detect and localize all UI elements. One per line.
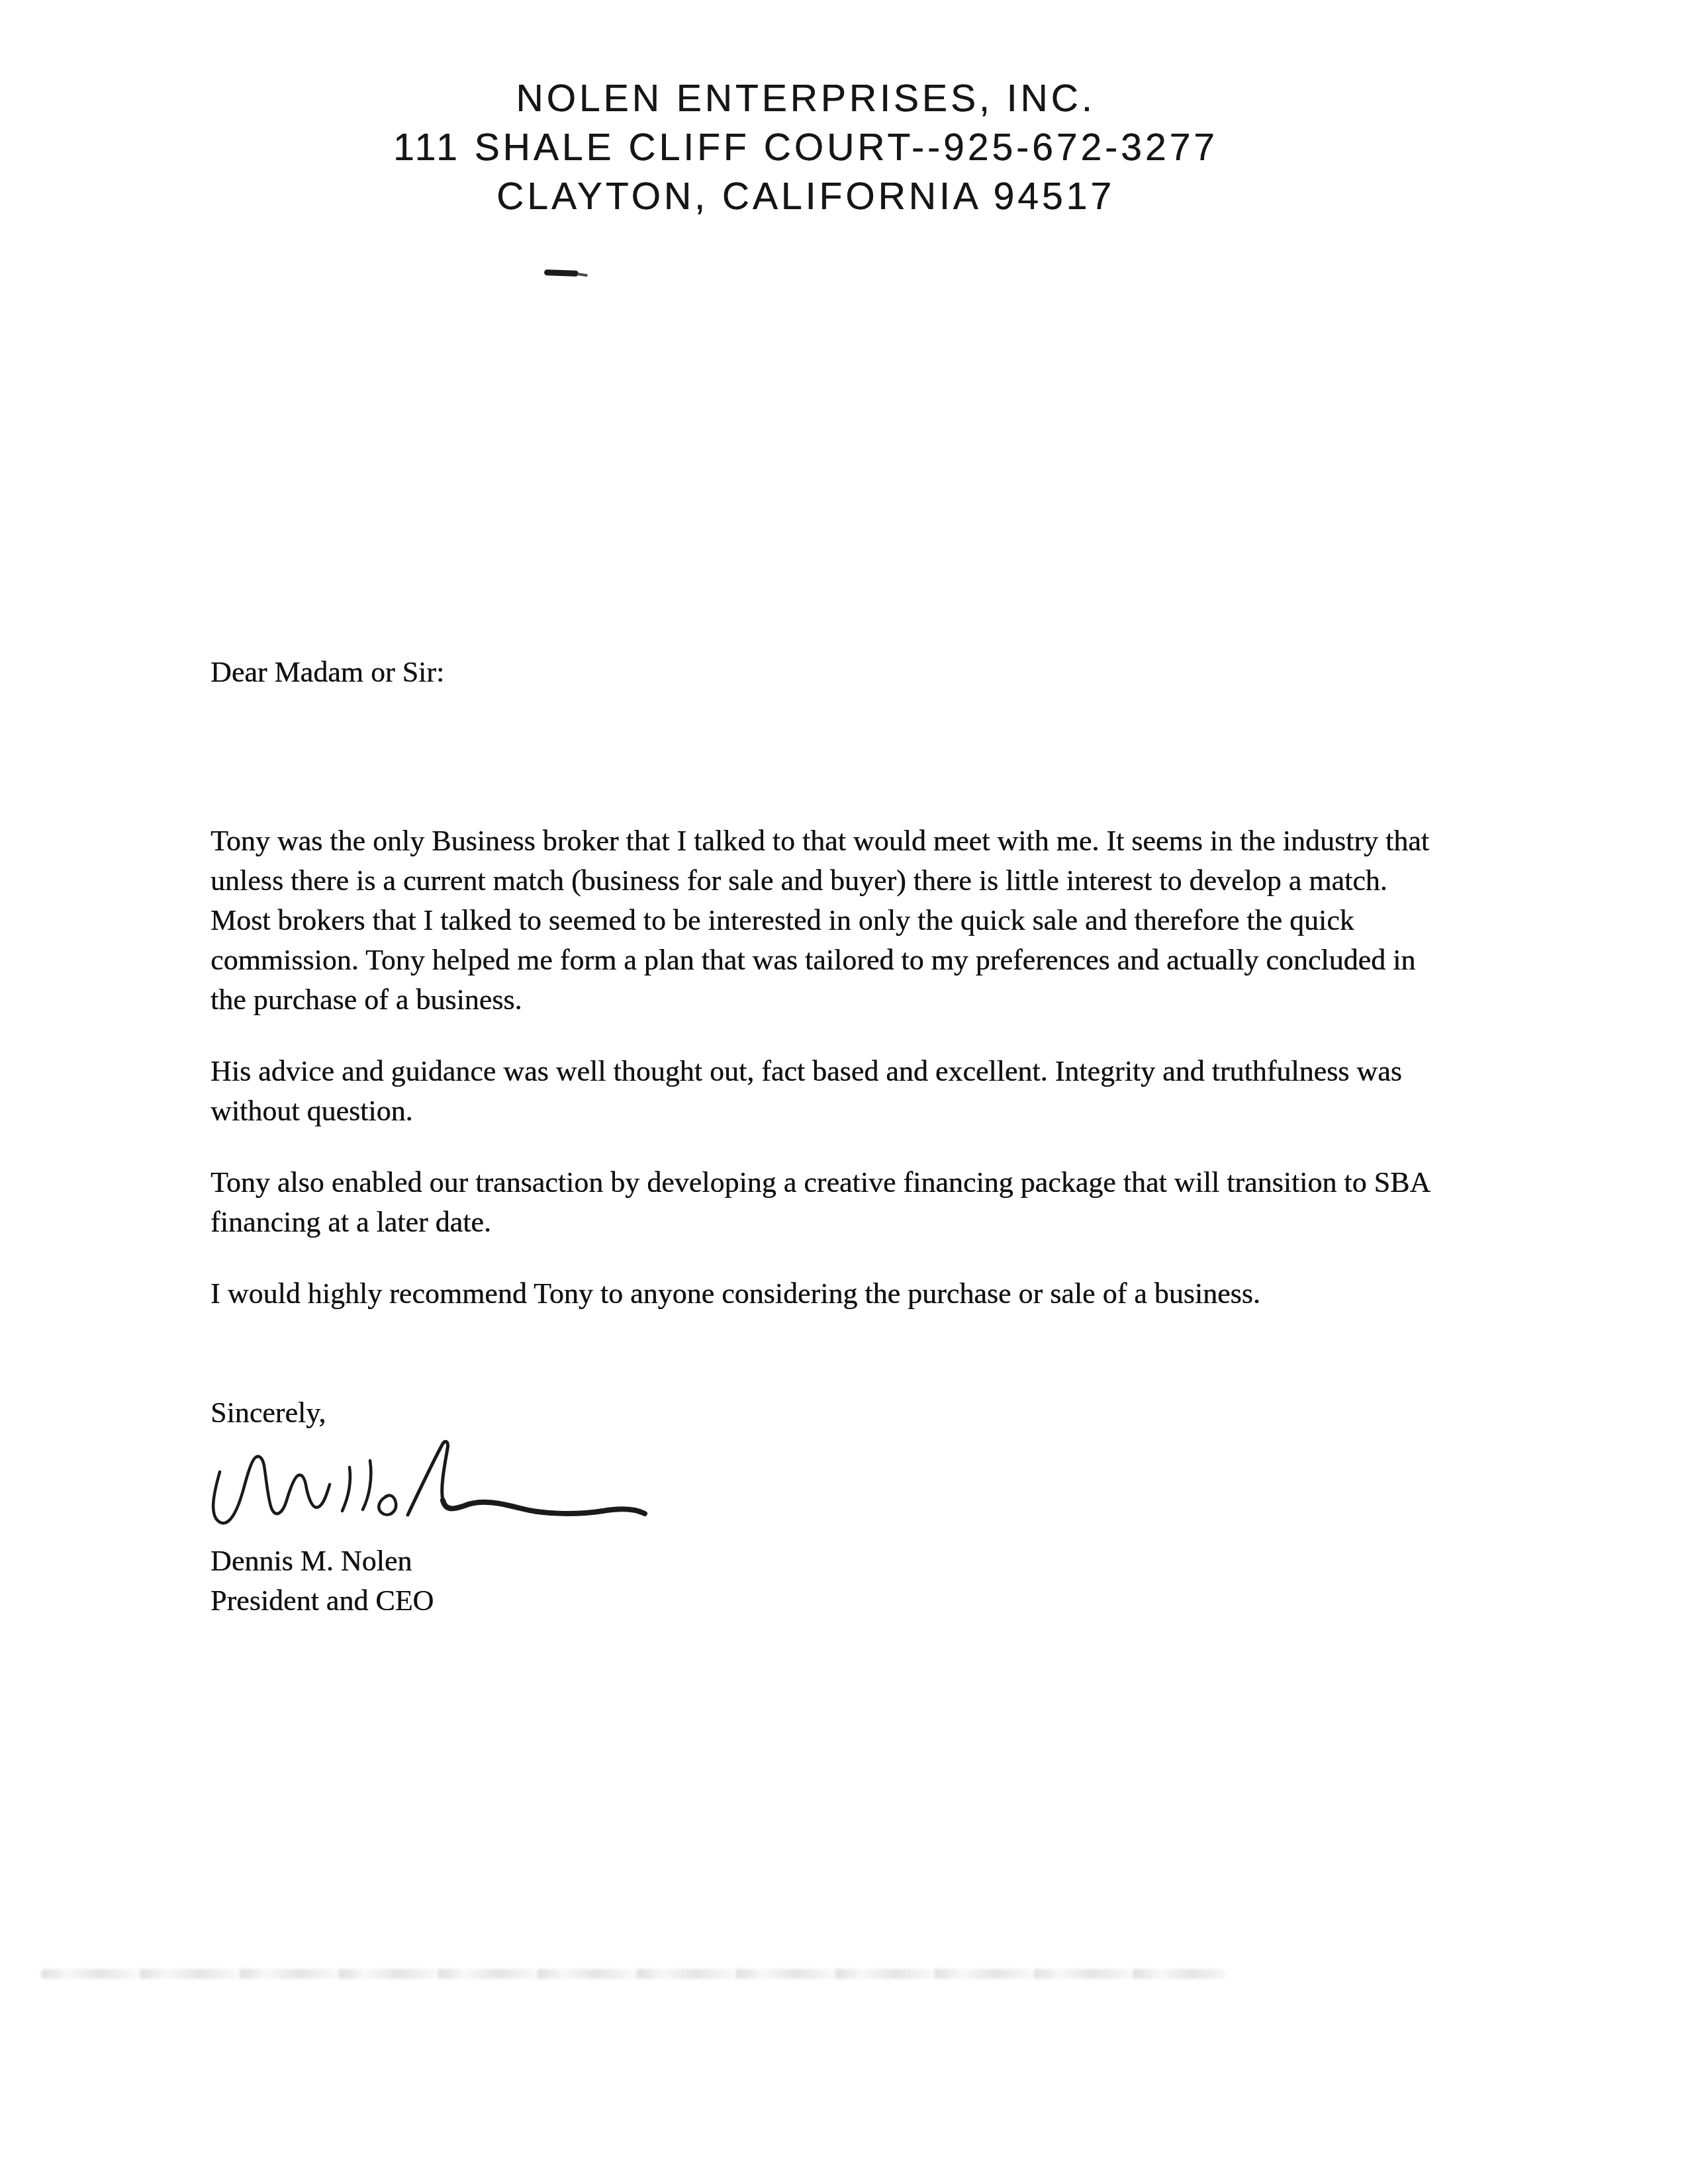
paragraph-3: Tony also enabled our transaction by dev… (211, 1163, 1445, 1242)
handwritten-dash-mark (544, 269, 579, 277)
paragraph-4: I would highly recommend Tony to anyone … (211, 1274, 1445, 1314)
letter-body: Dear Madam or Sir: Tony was the only Bus… (211, 653, 1445, 1621)
closing: Sincerely, (211, 1393, 1445, 1433)
paragraph-1: Tony was the only Business broker that I… (211, 821, 1445, 1020)
scanner-smudge-artifact (41, 1969, 1226, 1979)
signature-name: Dennis M. Nolen (211, 1541, 1445, 1581)
letterhead-company: NOLEN ENTERPRISES, INC. (0, 74, 1650, 123)
signature-title: President and CEO (211, 1581, 1445, 1621)
letterhead: NOLEN ENTERPRISES, INC. 111 SHALE CLIFF … (0, 74, 1650, 221)
paragraph-2: His advice and guidance was well thought… (211, 1052, 1445, 1131)
scanned-letter-page: NOLEN ENTERPRISES, INC. 111 SHALE CLIFF … (0, 0, 1688, 2184)
letterhead-address-phone: 111 SHALE CLIFF COURT--925-672-3277 (0, 123, 1650, 172)
salutation: Dear Madam or Sir: (211, 653, 1445, 692)
signature-icon (208, 1435, 684, 1541)
letterhead-city-state-zip: CLAYTON, CALIFORNIA 94517 (0, 172, 1650, 221)
